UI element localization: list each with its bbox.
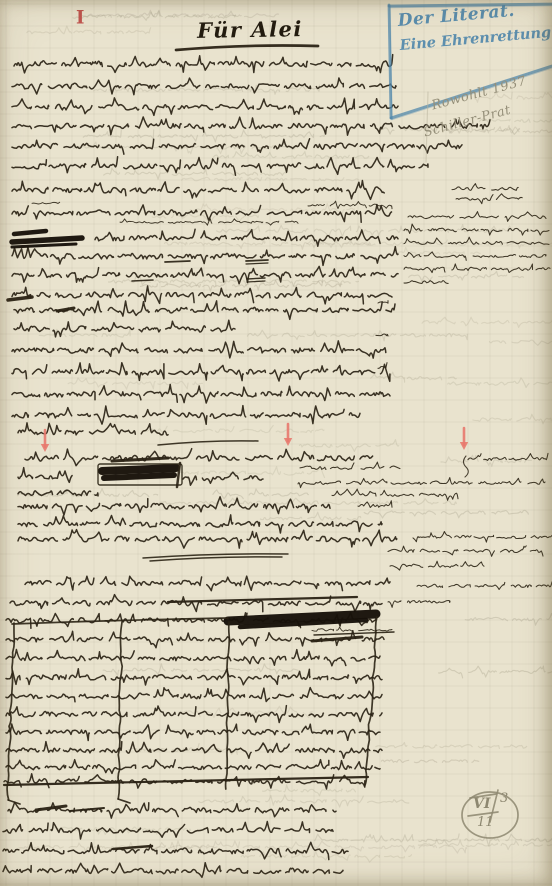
handwriting-layer (0, 0, 552, 886)
manuscript-page: I Für Alei Der Literat. Eine Ehrenrettun… (0, 0, 552, 886)
